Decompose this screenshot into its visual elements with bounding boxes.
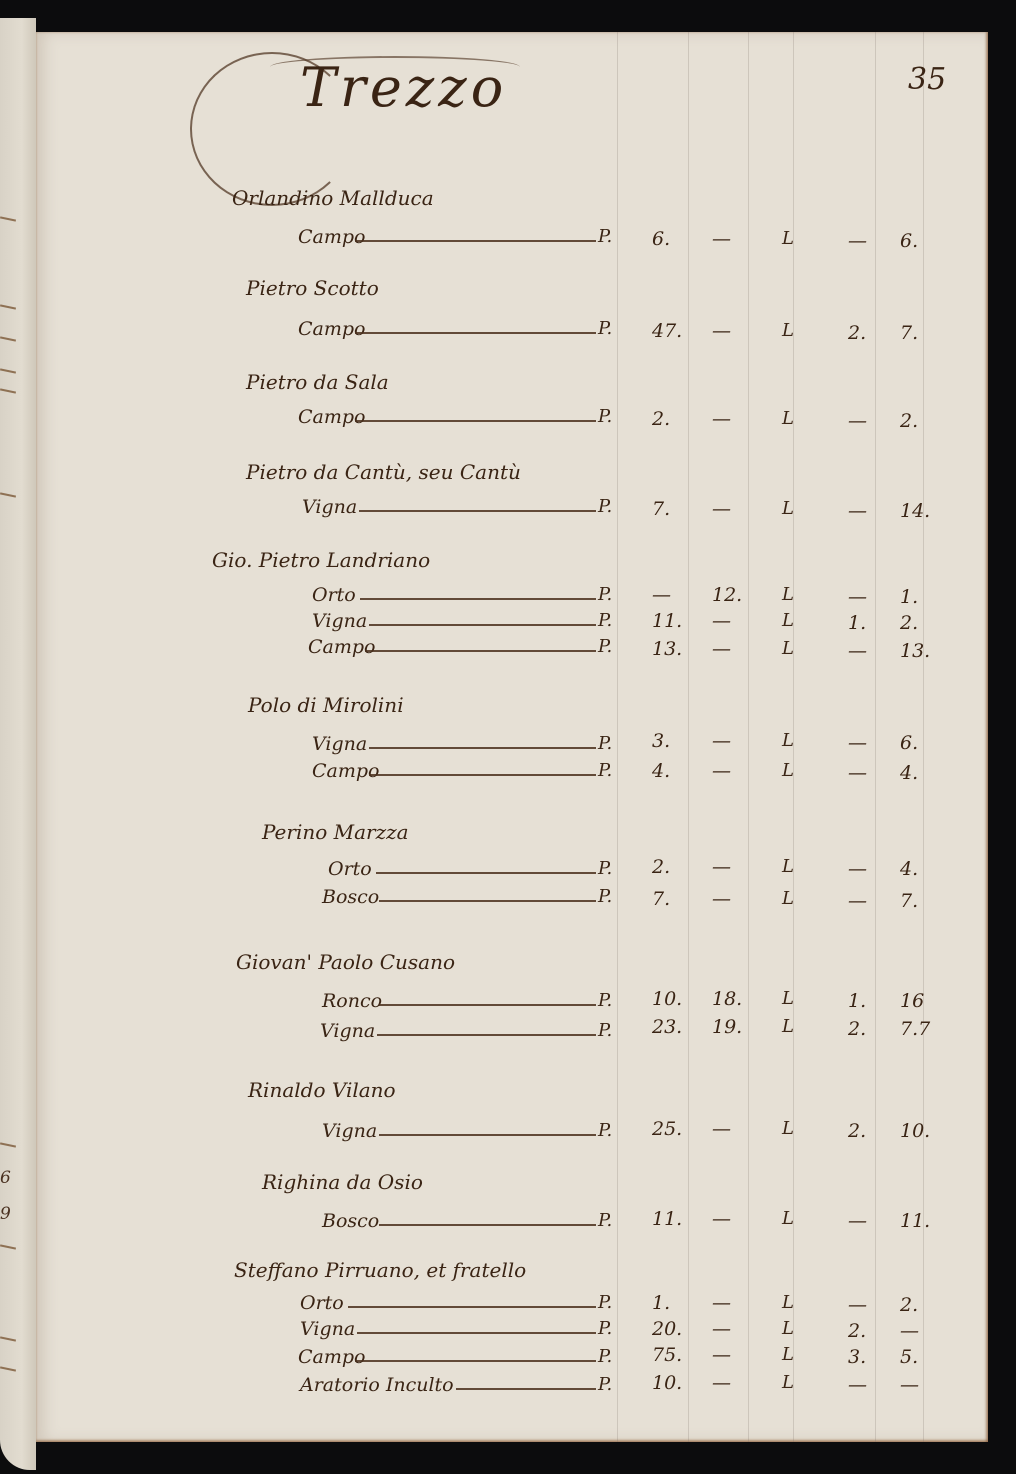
unit-mark: P. [598, 1318, 612, 1339]
item-label: Vigna [320, 1020, 375, 1042]
unit-mark: P. [598, 990, 612, 1011]
facing-page-stroke [0, 368, 16, 373]
value-minor: — [900, 1374, 919, 1396]
quantity-pertiche: 20. [652, 1318, 682, 1340]
leader-line [456, 1388, 596, 1390]
facing-page-stroke [0, 1142, 16, 1147]
owner-name: Perino Marzza [262, 820, 409, 844]
leader-line [365, 650, 596, 652]
quantity-tavole: — [712, 1208, 731, 1230]
quantity-pertiche: 13. [652, 638, 682, 660]
value-minor: 6. [900, 230, 918, 252]
leader-line [355, 420, 596, 422]
quantity-tavole: — [712, 1344, 731, 1366]
quantity-pertiche: 2. [652, 408, 670, 430]
value-major: — [848, 732, 867, 754]
leader-line [369, 624, 596, 626]
leader-line [355, 1360, 596, 1362]
facing-page-digit: 6 [0, 1168, 11, 1188]
column-ruling [688, 32, 689, 1442]
column-ruling [748, 32, 749, 1442]
item-label: Campo [312, 760, 379, 782]
value-minor: 10. [900, 1120, 930, 1142]
facing-page-digit: 9 [0, 1204, 11, 1224]
unit-mark: P. [598, 636, 612, 657]
value-major: — [848, 586, 867, 608]
item-label: Vigna [302, 496, 357, 518]
currency-mark: L [782, 888, 794, 909]
column-ruling [617, 32, 618, 1442]
item-label: Vigna [300, 1318, 355, 1340]
facing-page-stroke [0, 304, 16, 309]
currency-mark: L [782, 1292, 794, 1313]
item-label: Orto [312, 584, 356, 606]
unit-mark: P. [598, 858, 612, 879]
value-major: — [848, 640, 867, 662]
value-major: — [848, 1294, 867, 1316]
quantity-tavole: — [712, 228, 731, 250]
quantity-tavole: — [712, 1372, 731, 1394]
quantity-pertiche: 4. [652, 760, 670, 782]
item-label: Orto [328, 858, 372, 880]
currency-mark: L [782, 1344, 794, 1365]
value-major: 1. [848, 990, 866, 1012]
currency-mark: L [782, 610, 794, 631]
quantity-pertiche: 25. [652, 1118, 682, 1140]
value-minor: 2. [900, 410, 918, 432]
unit-mark: P. [598, 610, 612, 631]
unit-mark: P. [598, 226, 612, 247]
leader-line [379, 1004, 596, 1006]
value-minor: 4. [900, 762, 918, 784]
item-label: Campo [308, 636, 375, 658]
leader-line [369, 774, 596, 776]
unit-mark: P. [598, 1120, 612, 1141]
leader-line [379, 1134, 596, 1136]
leader-line [359, 510, 596, 512]
currency-mark: L [782, 1016, 794, 1037]
quantity-tavole: — [712, 1292, 731, 1314]
unit-mark: P. [598, 584, 612, 605]
item-label: Vigna [312, 733, 367, 755]
currency-mark: L [782, 760, 794, 781]
quantity-tavole: — [712, 888, 731, 910]
quantity-tavole: — [712, 320, 731, 342]
unit-mark: P. [598, 496, 612, 517]
quantity-tavole: 19. [712, 1016, 742, 1038]
currency-mark: L [782, 1208, 794, 1229]
owner-name: Orlandino Mallduca [232, 186, 434, 210]
item-label: Vigna [312, 610, 367, 632]
item-label: Campo [298, 406, 365, 428]
value-major: — [848, 410, 867, 432]
item-label: Bosco [322, 886, 379, 908]
leader-line [369, 747, 596, 749]
owner-name: Pietro Scotto [246, 276, 379, 300]
quantity-pertiche: 7. [652, 888, 670, 910]
quantity-pertiche: 2. [652, 856, 670, 878]
facing-page-stroke [0, 492, 16, 497]
facing-page-stroke [0, 216, 16, 221]
quantity-tavole: — [712, 856, 731, 878]
quantity-pertiche: 10. [652, 1372, 682, 1394]
item-label: Orto [300, 1292, 344, 1314]
quantity-pertiche: 23. [652, 1016, 682, 1038]
unit-mark: P. [598, 1020, 612, 1041]
column-ruling [875, 32, 876, 1442]
quantity-pertiche: 3. [652, 730, 670, 752]
unit-mark: P. [598, 318, 612, 339]
leader-line [348, 1306, 596, 1308]
item-label: Campo [298, 318, 365, 340]
facing-page-stroke [0, 1244, 16, 1249]
leader-line [379, 1224, 596, 1226]
value-minor: 16 [900, 990, 924, 1012]
quantity-tavole: — [712, 1118, 731, 1140]
owner-name: Rinaldo Vilano [248, 1078, 396, 1102]
unit-mark: P. [598, 1292, 612, 1313]
unit-mark: P. [598, 406, 612, 427]
item-label: Campo [298, 1346, 365, 1368]
value-minor: 7. [900, 322, 918, 344]
quantity-tavole: 18. [712, 988, 742, 1010]
currency-mark: L [782, 638, 794, 659]
quantity-pertiche: 75. [652, 1344, 682, 1366]
owner-name: Giovan' Paolo Cusano [236, 950, 455, 974]
facing-page-stroke [0, 1336, 16, 1341]
value-minor: 14. [900, 500, 930, 522]
value-major: 2. [848, 1018, 866, 1040]
facing-page-stroke [0, 388, 16, 393]
quantity-tavole: 12. [712, 584, 742, 606]
unit-mark: P. [598, 1210, 612, 1231]
page-number: 35 [908, 62, 946, 97]
quantity-pertiche: 11. [652, 610, 682, 632]
quantity-tavole: — [712, 638, 731, 660]
value-major: — [848, 1374, 867, 1396]
value-minor: 2. [900, 1294, 918, 1316]
facing-page-stroke [0, 336, 16, 341]
item-label: Aratorio Inculto [300, 1374, 454, 1396]
value-minor: 7. [900, 890, 918, 912]
page-heading: Trezzo [300, 56, 507, 119]
quantity-tavole: — [712, 730, 731, 752]
quantity-pertiche: 6. [652, 228, 670, 250]
value-minor: 4. [900, 858, 918, 880]
currency-mark: L [782, 1372, 794, 1393]
leader-line [355, 240, 596, 242]
owner-name: Gio. Pietro Landriano [212, 548, 430, 572]
leader-line [360, 598, 596, 600]
value-minor: 7.7 [900, 1018, 930, 1040]
leader-line [357, 1332, 596, 1334]
leader-line [379, 900, 596, 902]
value-major: 1. [848, 612, 866, 634]
currency-mark: L [782, 1118, 794, 1139]
currency-mark: L [782, 584, 794, 605]
currency-mark: L [782, 730, 794, 751]
currency-mark: L [782, 1318, 794, 1339]
leader-line [355, 332, 596, 334]
currency-mark: L [782, 498, 794, 519]
value-major: — [848, 230, 867, 252]
owner-name: Polo di Mirolini [248, 693, 404, 717]
value-minor: 5. [900, 1346, 918, 1368]
currency-mark: L [782, 408, 794, 429]
quantity-pertiche: 1. [652, 1292, 670, 1314]
unit-mark: P. [598, 760, 612, 781]
item-label: Bosco [322, 1210, 379, 1232]
value-major: — [848, 858, 867, 880]
value-major: — [848, 1210, 867, 1232]
value-minor: 11. [900, 1210, 930, 1232]
owner-name: Steffano Pirruano, et fratello [234, 1258, 526, 1282]
value-major: 2. [848, 1320, 866, 1342]
quantity-pertiche: 7. [652, 498, 670, 520]
unit-mark: P. [598, 886, 612, 907]
unit-mark: P. [598, 1374, 612, 1395]
currency-mark: L [782, 228, 794, 249]
value-minor: — [900, 1320, 919, 1342]
item-label: Campo [298, 226, 365, 248]
leader-line [376, 872, 596, 874]
leader-line [377, 1034, 596, 1036]
quantity-tavole: — [712, 1318, 731, 1340]
value-major: 2. [848, 1120, 866, 1142]
value-major: 3. [848, 1346, 866, 1368]
quantity-tavole: — [712, 498, 731, 520]
value-major: — [848, 762, 867, 784]
quantity-pertiche: — [652, 584, 671, 606]
owner-name: Righina da Osio [262, 1170, 423, 1194]
value-major: — [848, 500, 867, 522]
quantity-tavole: — [712, 610, 731, 632]
facing-page-stroke [0, 1366, 16, 1371]
owner-name: Pietro da Cantù, seu Cantù [246, 460, 521, 484]
value-major: 2. [848, 322, 866, 344]
item-label: Vigna [322, 1120, 377, 1142]
owner-name: Pietro da Sala [246, 370, 389, 394]
quantity-pertiche: 10. [652, 988, 682, 1010]
manuscript-page [36, 32, 988, 1442]
quantity-tavole: — [712, 760, 731, 782]
value-minor: 13. [900, 640, 930, 662]
currency-mark: L [782, 320, 794, 341]
quantity-pertiche: 11. [652, 1208, 682, 1230]
facing-page-edge: 6 9 [0, 18, 36, 1470]
value-minor: 2. [900, 612, 918, 634]
unit-mark: P. [598, 1346, 612, 1367]
unit-mark: P. [598, 733, 612, 754]
value-major: — [848, 890, 867, 912]
value-minor: 6. [900, 732, 918, 754]
quantity-pertiche: 47. [652, 320, 682, 342]
value-minor: 1. [900, 586, 918, 608]
currency-mark: L [782, 988, 794, 1009]
quantity-tavole: — [712, 408, 731, 430]
item-label: Ronco [322, 990, 382, 1012]
currency-mark: L [782, 856, 794, 877]
